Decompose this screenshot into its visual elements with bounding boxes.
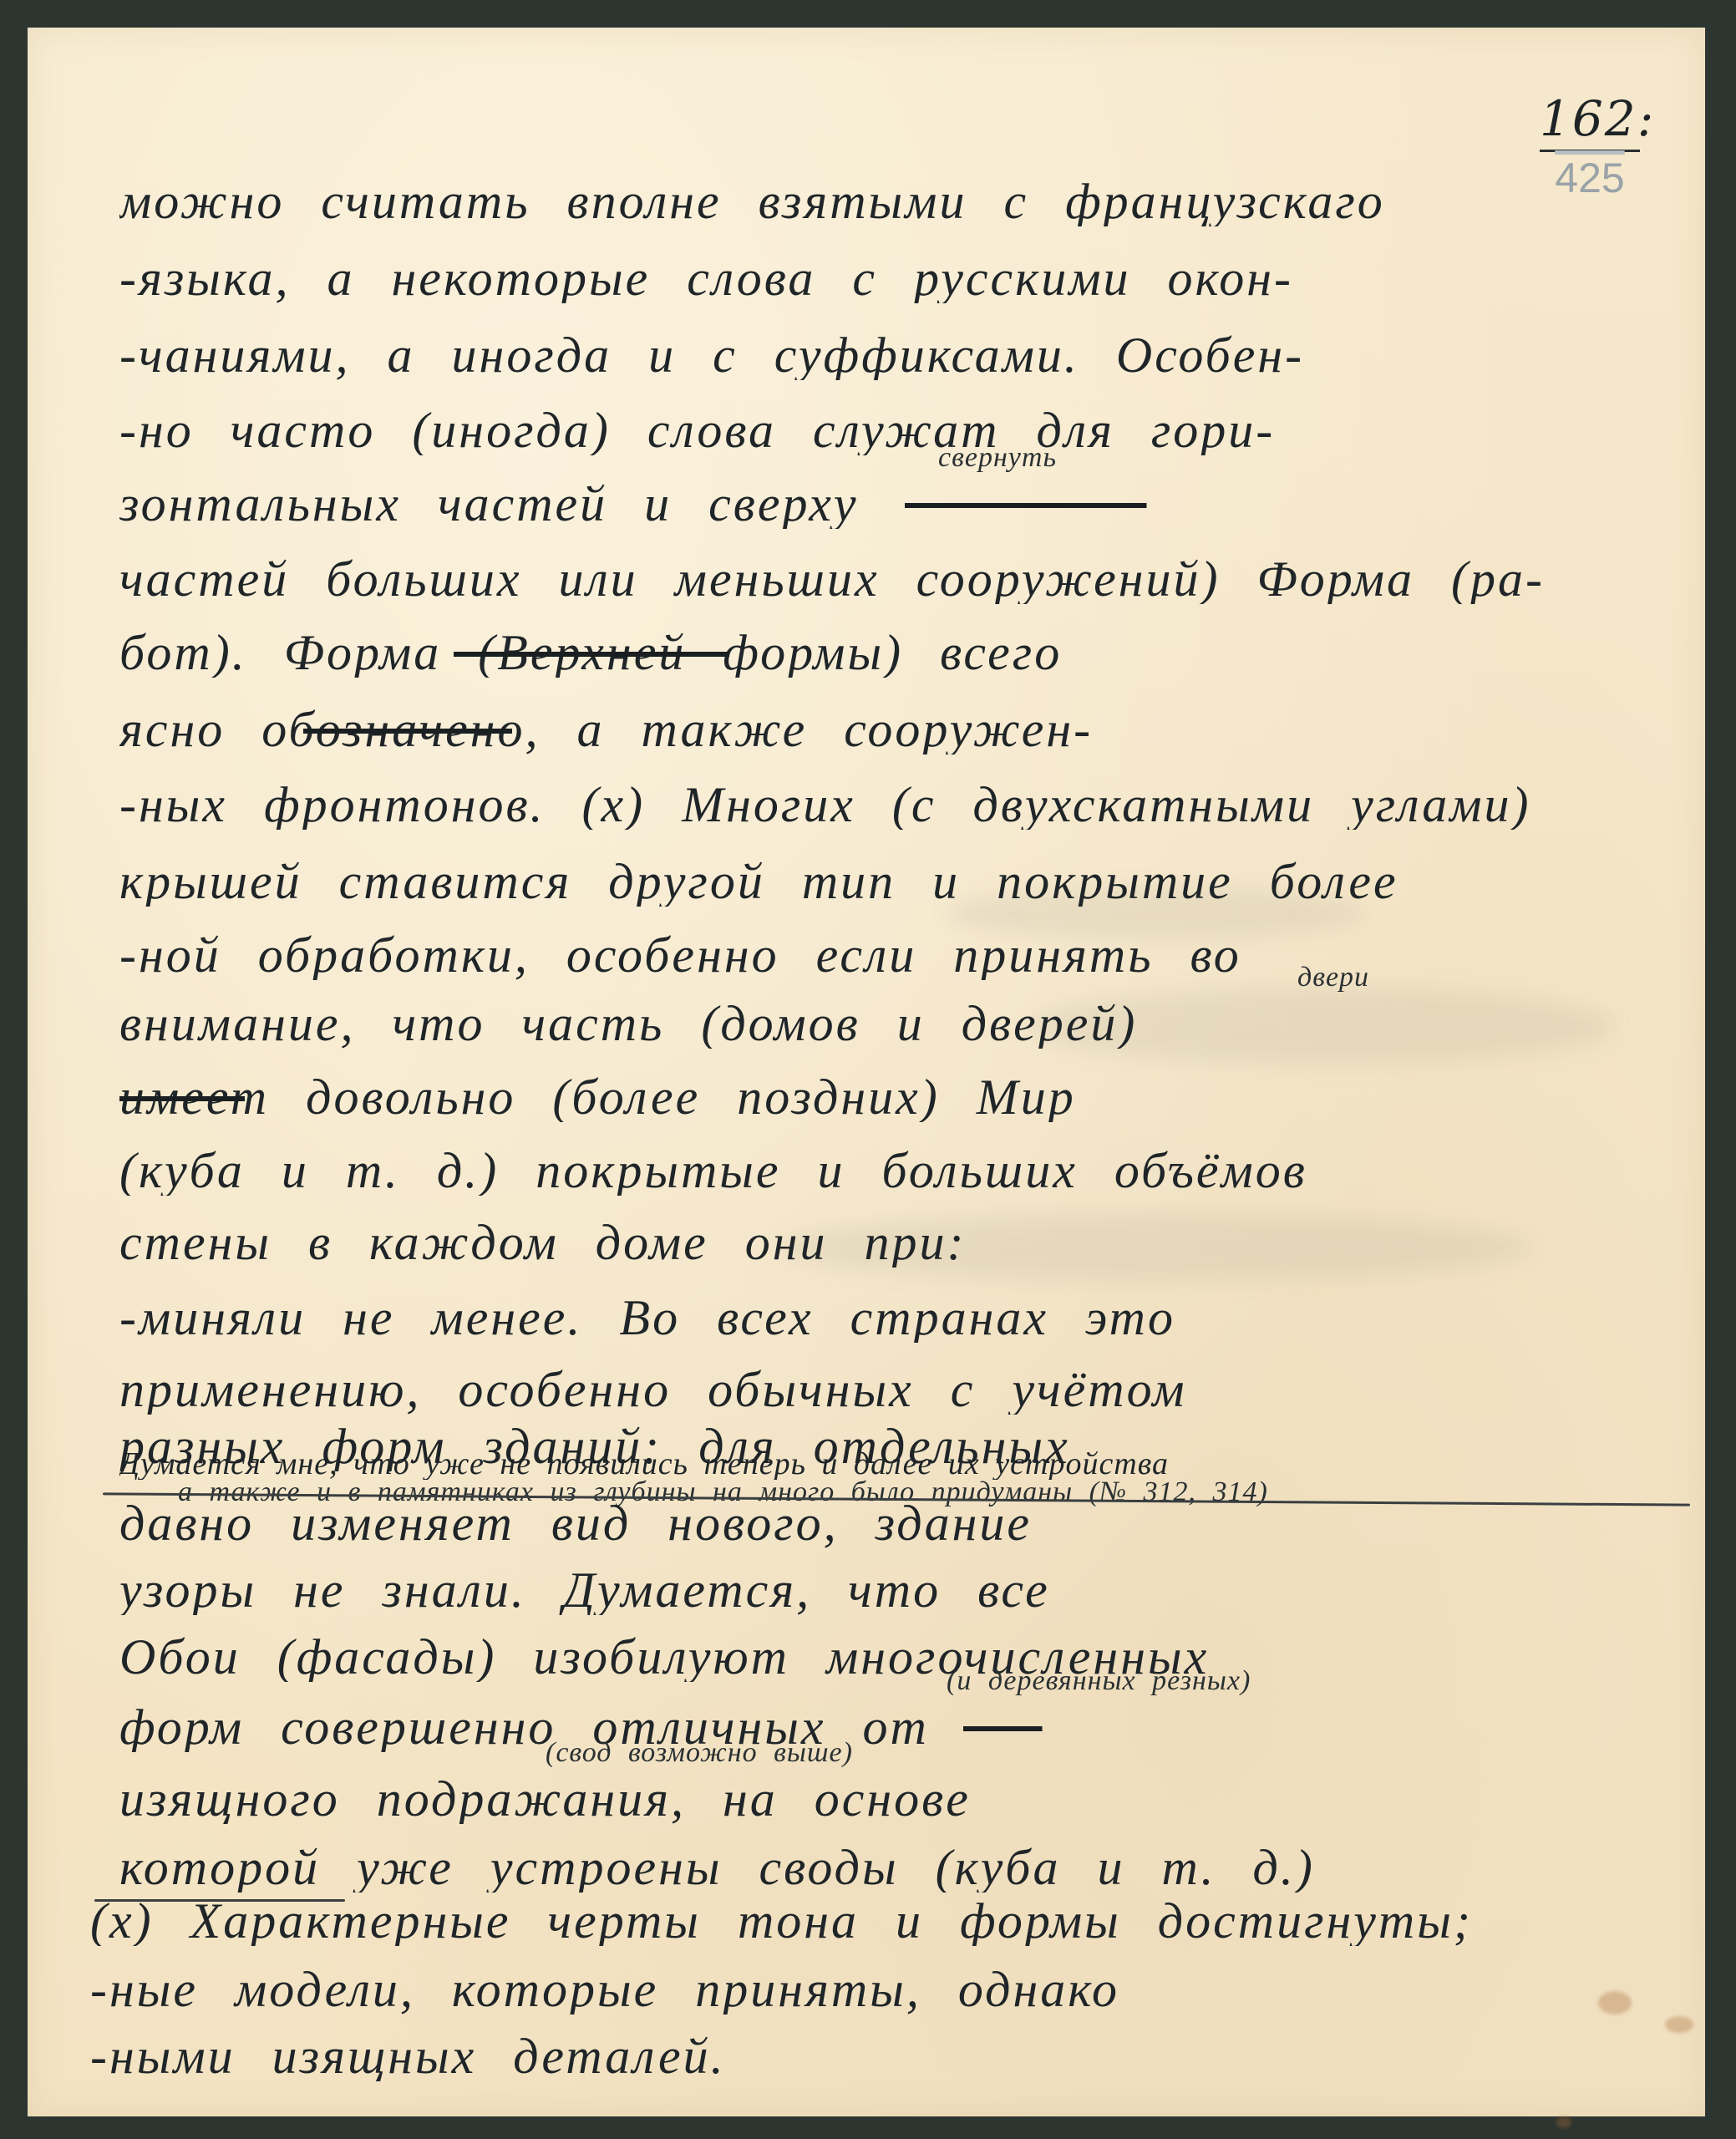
manuscript-line-19-revision: Думается мне, что уже не появились тепер…	[119, 1448, 1690, 1480]
footnote-line-3: -ными изящных деталей.	[90, 2031, 1661, 2081]
interlinear-insert-2: двери	[1297, 963, 1464, 992]
folio-number-ink: 162:	[1540, 94, 1640, 152]
foxing-stain	[1665, 2016, 1693, 2033]
manuscript-line-3: -чаниями, а иногда и с суффиксами. Особе…	[119, 330, 1690, 380]
manuscript-line-2: -языка, а некоторые слова с русскими око…	[119, 253, 1690, 303]
interlinear-insert-4: (и деревянных резных)	[947, 1667, 1615, 1695]
struck-word-2: Архитектура	[454, 627, 729, 678]
interlinear-insert-1: свернуть	[938, 444, 1272, 472]
manuscript-page: 162: 425 можно считать вполне взятыми с …	[28, 28, 1705, 2116]
manuscript-line-9: -ных фронтонов. (x) Многих (с двухскатны…	[119, 780, 1690, 830]
manuscript-line-15: стены в каждом доме они при:	[119, 1217, 1690, 1268]
manuscript-line-14: (куба и т. д.) покрытые и больших объёмо…	[119, 1146, 1690, 1196]
foxing-stain	[1556, 2116, 1571, 2128]
manuscript-line-16: -миняли не менее. Во всех странах это	[119, 1293, 1690, 1343]
footnote-line-1: (x) Характерные черты тона и формы дости…	[90, 1896, 1661, 1946]
manuscript-line-10: крышей ставится другой тип и покрытие бо…	[119, 856, 1690, 907]
footnote-line-2: -ные модели, которые приняты, однако	[90, 1964, 1661, 2015]
manuscript-line-12: внимание, что часть (домов и дверей)	[119, 998, 1690, 1049]
manuscript-line-7: бот). Форма (Верхней формы) всего	[119, 627, 1690, 678]
manuscript-line-20: давно изменяет вид нового, здание	[119, 1498, 1690, 1548]
manuscript-line-6: частей больших или меньших сооружений) Ф…	[119, 554, 1690, 604]
manuscript-line-21: узоры не знали. Думается, что все	[119, 1565, 1690, 1615]
struck-word-3: Отделение	[303, 704, 512, 754]
manuscript-line-13: имеет довольно (более поздних) Мир	[119, 1072, 1690, 1122]
struck-word-1: фронтона	[905, 479, 1256, 529]
manuscript-line-24: изящного подражания, на основе	[119, 1774, 1690, 1824]
interlinear-insert-5: (свод возможно выше)	[546, 1739, 1214, 1767]
struck-word-4: Палаты	[119, 1072, 245, 1122]
manuscript-line-25: которой уже устроены своды (куба и т. д.…	[119, 1842, 1690, 1893]
manuscript-line-4: -но часто (иногда) слова служат для гори…	[119, 405, 1690, 455]
manuscript-line-17: применению, особенно обычных с учётом	[119, 1364, 1690, 1415]
manuscript-line-1: можно считать вполне взятыми с французск…	[119, 176, 1690, 226]
